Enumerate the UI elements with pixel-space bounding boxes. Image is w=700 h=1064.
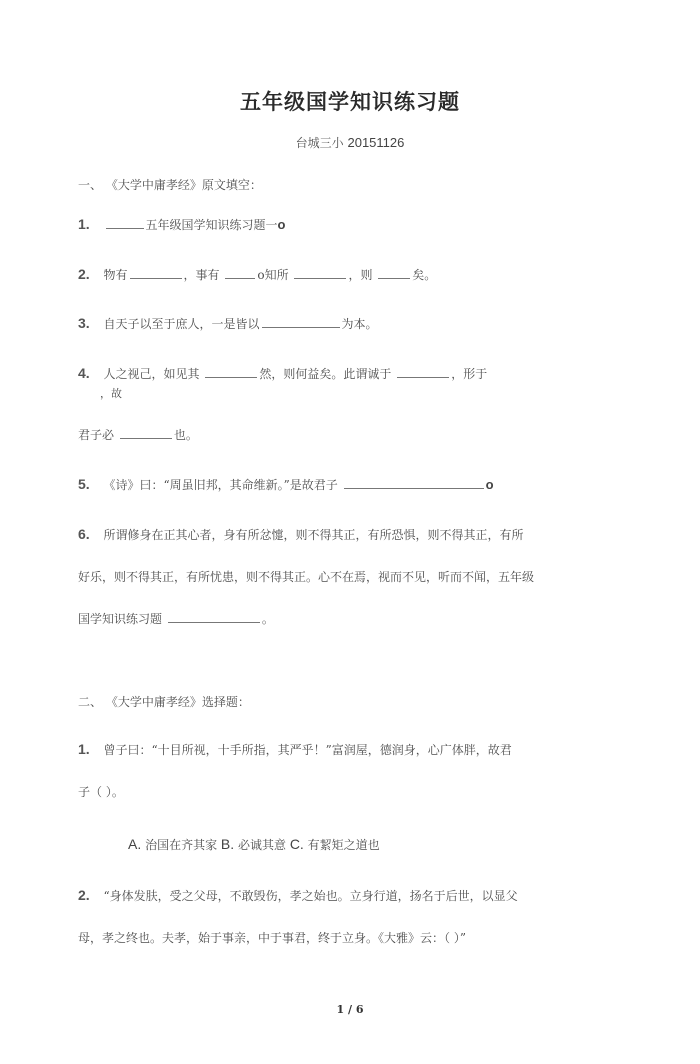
question-text: 自天子以至于庶人，一是皆以 bbox=[104, 317, 260, 331]
question-number: 1. bbox=[78, 741, 90, 757]
question-text: 国学知识练习题 bbox=[78, 612, 162, 626]
end-mark: o bbox=[278, 217, 286, 232]
question-4-line2: 君子必 也。 bbox=[78, 426, 198, 443]
fill-blank[interactable] bbox=[344, 476, 484, 489]
school-name: 台城三小 bbox=[296, 136, 344, 150]
question-number: 6. bbox=[78, 526, 90, 542]
section1-header: 一、 《大学中庸孝经》原文填空： bbox=[78, 176, 262, 193]
question-5: 5. 《诗》曰：“周虽旧邦，其命维新。”是故君子 o bbox=[78, 476, 494, 493]
fill-blank[interactable] bbox=[378, 266, 410, 279]
choice-question-1-line2: 子（ ）。 bbox=[78, 783, 124, 800]
question-number: 3. bbox=[78, 315, 90, 331]
question-text: 然，则何益矣。此谓诚于 bbox=[259, 367, 391, 381]
option-c[interactable]: C. 有絜矩之道也 bbox=[290, 838, 380, 852]
question-number: 2. bbox=[78, 266, 90, 282]
question-text: 物有 bbox=[104, 268, 128, 282]
page-indicator: 1 / 6 bbox=[0, 1003, 700, 1016]
fill-blank[interactable] bbox=[294, 266, 346, 279]
fill-blank[interactable] bbox=[262, 315, 340, 328]
fill-blank[interactable] bbox=[225, 266, 255, 279]
question-6-line2: 好乐，则不得其正，有所忧患，则不得其正。心不在焉，视而不见，听而不闻，五年级 bbox=[78, 568, 534, 585]
question-text: o知所 bbox=[257, 268, 288, 282]
question-text: 矣。 bbox=[412, 268, 436, 282]
end-mark: o bbox=[486, 477, 494, 492]
choice-options: A. 治国在齐其家 B. 必诚其意 C. 有絜矩之道也 bbox=[128, 836, 380, 853]
question-1: 1. 五年级国学知识练习题一o bbox=[78, 216, 285, 233]
question-text: 所谓修身在正其心者，身有所忿懥，则不得其正，有所恐惧，则不得其正，有所 bbox=[104, 528, 524, 542]
question-number: 4. bbox=[78, 365, 90, 381]
question-text: “身体发肤，受之父母，不敢毁伤，孝之始也。立身行道，扬名于后世，以显父 bbox=[104, 889, 518, 903]
question-4-continuation: ，故 bbox=[100, 385, 122, 401]
fill-blank[interactable] bbox=[397, 365, 449, 378]
document-title: 五年级国学知识练习题 bbox=[0, 86, 700, 116]
question-text: 君子必 bbox=[78, 428, 114, 442]
option-b[interactable]: B. 必诚其意 bbox=[221, 838, 286, 852]
question-text: 也。 bbox=[174, 428, 198, 442]
fill-blank[interactable] bbox=[168, 610, 260, 623]
question-3: 3. 自天子以至于庶人，一是皆以为本。 bbox=[78, 315, 378, 332]
choice-question-2: 2. “身体发肤，受之父母，不敢毁伤，孝之始也。立身行道，扬名于后世，以显父 bbox=[78, 887, 518, 904]
question-text: 人之视己，如见其 bbox=[104, 367, 200, 381]
question-text: ，形于 bbox=[451, 367, 487, 381]
option-a[interactable]: A. 治国在齐其家 bbox=[128, 838, 217, 852]
fill-blank[interactable] bbox=[106, 216, 144, 229]
question-text: 。 bbox=[262, 612, 274, 626]
question-2: 2. 物有，事有 o知所 ，则 矣。 bbox=[78, 266, 436, 283]
section2-header: 二、 《大学中庸孝经》选择题： bbox=[78, 693, 250, 710]
question-number: 5. bbox=[78, 476, 90, 492]
question-number: 2. bbox=[78, 887, 90, 903]
choice-question-1: 1. 曾子曰：“十目所视，十手所指，其严乎！”富润屋，德润身，心广体胖，故君 bbox=[78, 741, 512, 758]
question-text: 《诗》曰：“周虽旧邦，其命维新。”是故君子 bbox=[104, 478, 338, 492]
question-text: 五年级国学知识练习题一 bbox=[146, 218, 278, 232]
date: 20151126 bbox=[347, 135, 404, 150]
fill-blank[interactable] bbox=[120, 426, 172, 439]
question-number: 1. bbox=[78, 216, 90, 232]
question-text: 曾子曰：“十目所视，十手所指，其严乎！”富润屋，德润身，心广体胖，故君 bbox=[104, 743, 512, 757]
choice-question-2-line2: 母，孝之终也。夫孝，始于事亲，中于事君，终于立身。《大雅》云：（ ）” bbox=[78, 929, 466, 946]
question-text: ，则 bbox=[348, 268, 372, 282]
document-subtitle: 台城三小 20151126 bbox=[0, 134, 700, 151]
question-6: 6. 所谓修身在正其心者，身有所忿懥，则不得其正，有所恐惧，则不得其正，有所 bbox=[78, 526, 524, 543]
question-6-line3: 国学知识练习题 。 bbox=[78, 610, 274, 627]
fill-blank[interactable] bbox=[130, 266, 182, 279]
question-text: ，事有 bbox=[184, 268, 220, 282]
question-4: 4. 人之视己，如见其 然，则何益矣。此谓诚于 ，形于 bbox=[78, 365, 487, 382]
question-text: 为本。 bbox=[342, 317, 378, 331]
fill-blank[interactable] bbox=[205, 365, 257, 378]
